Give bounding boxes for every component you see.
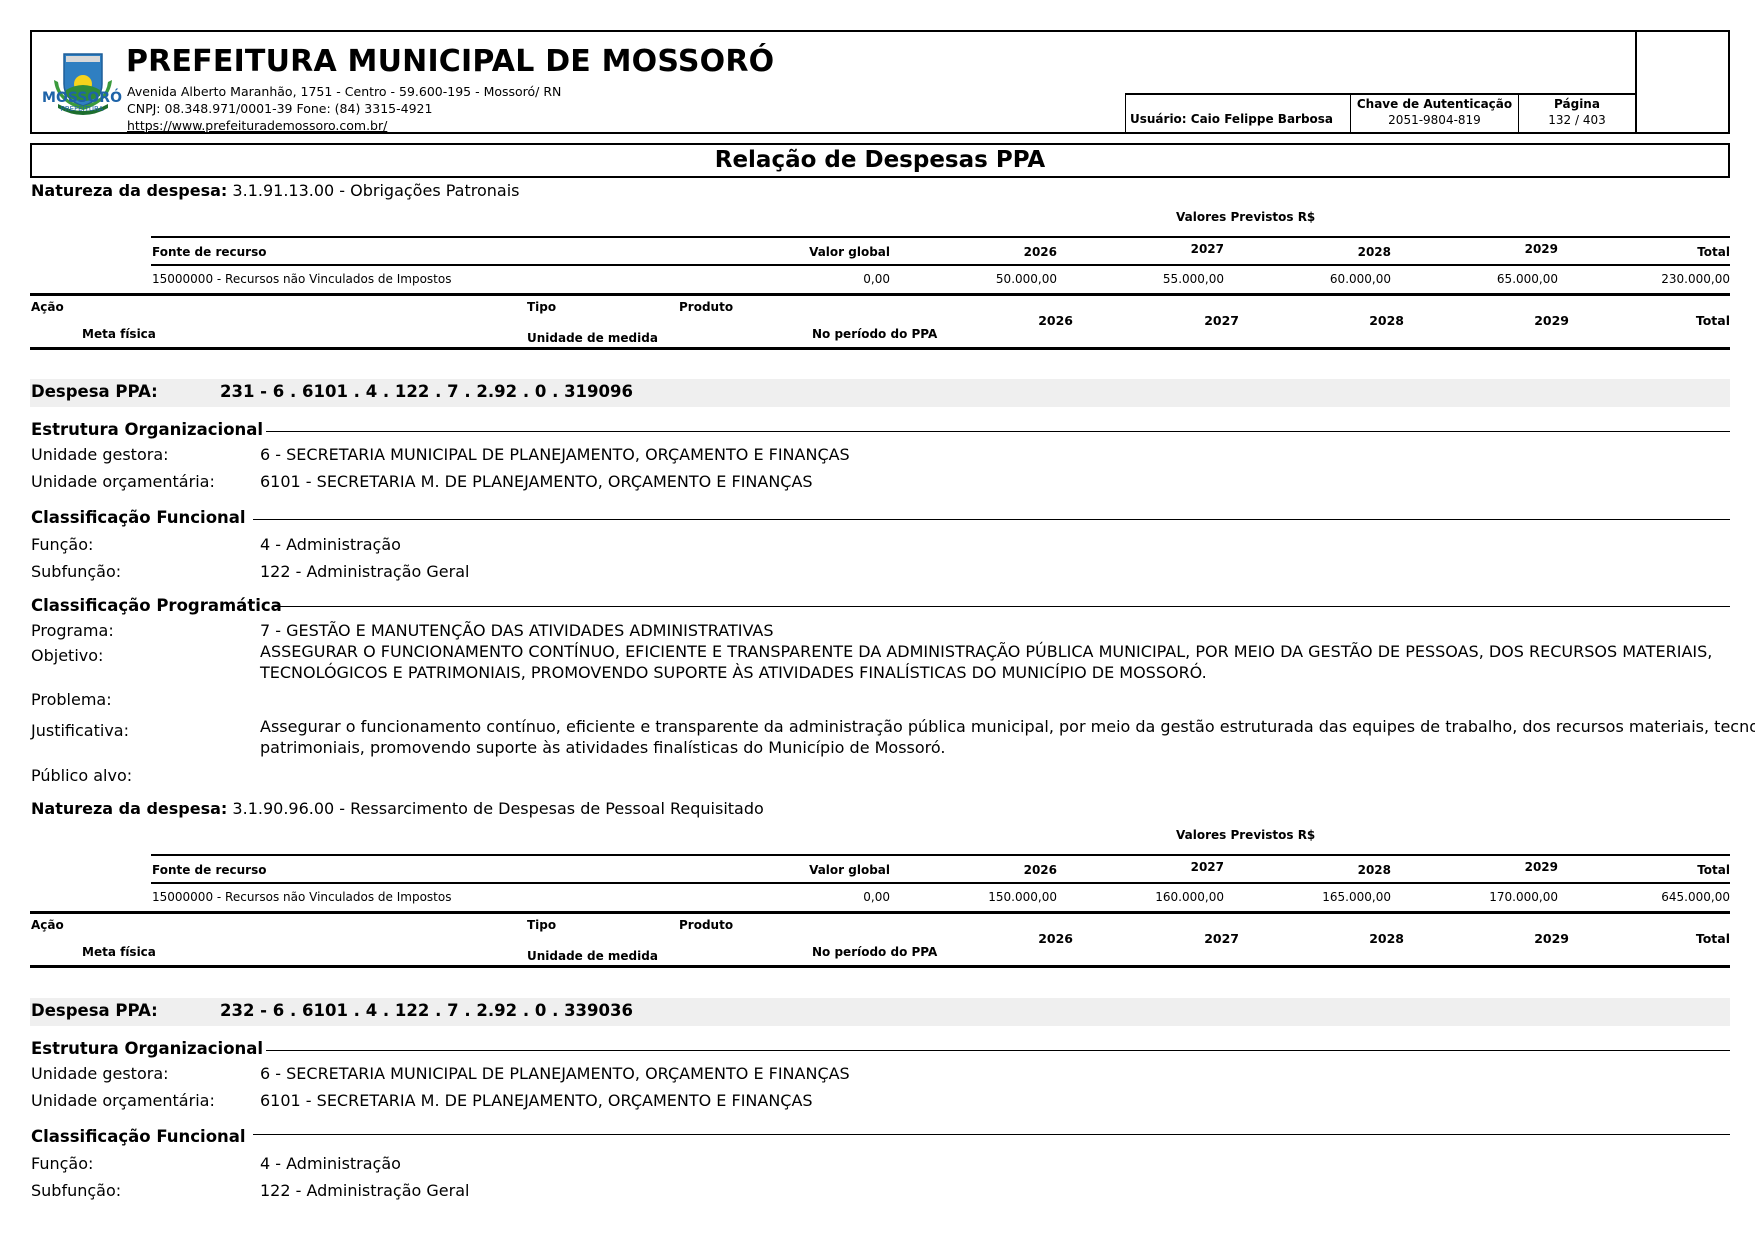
- fonte-recurso: 15000000 - Recursos não Vinculados de Im…: [152, 890, 451, 904]
- col-2026: 2026: [937, 245, 1057, 259]
- value-2026: 150.000,00: [937, 890, 1057, 904]
- unidade-gestora-value: 6 - SECRETARIA MUNICIPAL DE PLANEJAMENTO…: [260, 1064, 850, 1083]
- logo-subtext: PREFEITURA: [40, 105, 124, 113]
- unidade-medida-label: Unidade de medida: [527, 949, 658, 963]
- auth-key-label: Chave de Autenticação: [1351, 97, 1518, 111]
- value-2027: 55.000,00: [1104, 272, 1224, 286]
- despesa-label: Despesa PPA:: [31, 1001, 158, 1020]
- produto-label: Produto: [679, 300, 733, 314]
- page-label: Página: [1519, 97, 1635, 111]
- org-title: PREFEITURA MUNICIPAL DE MOSSORÓ: [126, 44, 774, 79]
- programa-label: Programa:: [31, 621, 114, 640]
- org-website-link[interactable]: https://www.prefeiturademossoro.com.br/: [127, 118, 387, 133]
- user-label: Usuário: Caio Felippe Barbosa: [1130, 112, 1350, 126]
- col-2027: 2027: [1104, 860, 1224, 874]
- valor-global: 0,00: [770, 272, 890, 286]
- funcao-value: 4 - Administração: [260, 1154, 401, 1173]
- col-total: Total: [1610, 245, 1730, 259]
- valor-global: 0,00: [770, 890, 890, 904]
- col-valor-global: Valor global: [770, 245, 890, 259]
- section-classificacao-funcional: Classificação Funcional: [31, 1127, 246, 1146]
- value-2029: 170.000,00: [1438, 890, 1558, 904]
- tipo-label: Tipo: [527, 300, 556, 314]
- acao-col-2028: 2028: [1324, 313, 1404, 328]
- acao-label: Ação: [31, 300, 64, 314]
- publico-alvo-label: Público alvo:: [31, 766, 132, 785]
- justificativa-value-line2: patrimoniais, promovendo suporte às ativ…: [260, 738, 946, 757]
- col-fonte-recurso: Fonte de recurso: [152, 863, 266, 877]
- auth-key-value: 2051-9804-819: [1351, 113, 1518, 127]
- col-total: Total: [1610, 863, 1730, 877]
- value-2026: 50.000,00: [937, 272, 1057, 286]
- natureza-value: 3.1.90.96.00 - Ressarcimento de Despesas…: [232, 799, 763, 818]
- value-2027: 160.000,00: [1104, 890, 1224, 904]
- despesa-label: Despesa PPA:: [31, 382, 158, 401]
- unidade-orcamentaria-label: Unidade orçamentária:: [31, 472, 215, 491]
- unidade-orcamentaria-value: 6101 - SECRETARIA M. DE PLANEJAMENTO, OR…: [260, 472, 813, 491]
- natureza-line: Natureza da despesa: 3.1.91.13.00 - Obri…: [31, 181, 519, 200]
- produto-label: Produto: [679, 918, 733, 932]
- natureza-line: Natureza da despesa: 3.1.90.96.00 - Ress…: [31, 799, 764, 818]
- report-title: Relação de Despesas PPA: [30, 143, 1730, 178]
- col-2028: 2028: [1271, 863, 1391, 877]
- programa-value: 7 - GESTÃO E MANUTENÇÃO DAS ATIVIDADES A…: [260, 621, 774, 640]
- subfuncao-value: 122 - Administração Geral: [260, 1181, 469, 1200]
- natureza-label: Natureza da despesa:: [31, 181, 227, 200]
- value-2028: 165.000,00: [1271, 890, 1391, 904]
- unidade-orcamentaria-label: Unidade orçamentária:: [31, 1091, 215, 1110]
- values-header: Valores Previstos R$: [1176, 210, 1315, 224]
- report-header: MOSSORÓ PREFEITURA PREFEITURA MUNICIPAL …: [30, 30, 1730, 134]
- page-number: 132 / 403: [1519, 113, 1635, 127]
- justificativa-label: Justificativa:: [31, 721, 129, 740]
- auth-key-cell: Chave de Autenticação 2051-9804-819: [1350, 93, 1518, 132]
- value-2028: 60.000,00: [1271, 272, 1391, 286]
- meta-fisica-label: Meta física: [82, 327, 156, 341]
- problema-label: Problema:: [31, 690, 112, 709]
- acao-label: Ação: [31, 918, 64, 932]
- fonte-recurso: 15000000 - Recursos não Vinculados de Im…: [152, 272, 451, 286]
- unidade-orcamentaria-value: 6101 - SECRETARIA M. DE PLANEJAMENTO, OR…: [260, 1091, 813, 1110]
- natureza-value: 3.1.91.13.00 - Obrigações Patronais: [232, 181, 519, 200]
- values-header: Valores Previstos R$: [1176, 828, 1315, 842]
- funcao-value: 4 - Administração: [260, 535, 401, 554]
- acao-col-2027: 2027: [1159, 313, 1239, 328]
- col-2027: 2027: [1104, 242, 1224, 256]
- objetivo-value-line1: ASSEGURAR O FUNCIONAMENTO CONTÍNUO, EFIC…: [260, 642, 1712, 661]
- acao-col-total: Total: [1650, 931, 1730, 946]
- acao-col-2028: 2028: [1324, 931, 1404, 946]
- section-estrutura-organizacional: Estrutura Organizacional: [31, 420, 263, 439]
- funcao-label: Função:: [31, 1154, 93, 1173]
- unidade-gestora-label: Unidade gestora:: [31, 1064, 169, 1083]
- despesa-code: 231 - 6 . 6101 . 4 . 122 . 7 . 2.92 . 0 …: [220, 382, 633, 401]
- col-valor-global: Valor global: [770, 863, 890, 877]
- user-cell: Usuário: Caio Felippe Barbosa: [1125, 93, 1350, 132]
- logo-text: MOSSORÓ: [40, 90, 124, 106]
- unidade-gestora-value: 6 - SECRETARIA MUNICIPAL DE PLANEJAMENTO…: [260, 445, 850, 464]
- objetivo-label: Objetivo:: [31, 646, 103, 665]
- acao-col-total: Total: [1650, 313, 1730, 328]
- objetivo-value-line2: TECNOLÓGICOS E PATRIMONIAIS, PROMOVENDO …: [260, 663, 1207, 682]
- meta-fisica-label: Meta física: [82, 945, 156, 959]
- subfuncao-label: Subfunção:: [31, 1181, 121, 1200]
- justificativa-value-line1: Assegurar o funcionamento contínuo, efic…: [260, 717, 1755, 736]
- acao-col-2026: 2026: [993, 313, 1073, 328]
- value-total: 230.000,00: [1610, 272, 1730, 286]
- mossoro-coat-of-arms-logo: [44, 50, 122, 128]
- col-2029: 2029: [1438, 242, 1558, 256]
- section-classificacao-funcional: Classificação Funcional: [31, 508, 246, 527]
- page-cell: Página 132 / 403: [1518, 93, 1635, 132]
- acao-col-2026: 2026: [993, 931, 1073, 946]
- col-2026: 2026: [937, 863, 1057, 877]
- col-fonte-recurso: Fonte de recurso: [152, 245, 266, 259]
- section-estrutura-organizacional: Estrutura Organizacional: [31, 1039, 263, 1058]
- section-classificacao-programatica: Classificação Programática: [31, 596, 282, 615]
- natureza-label: Natureza da despesa:: [31, 799, 227, 818]
- despesa-code: 232 - 6 . 6101 . 4 . 122 . 7 . 2.92 . 0 …: [220, 1001, 633, 1020]
- unidade-gestora-label: Unidade gestora:: [31, 445, 169, 464]
- subfuncao-label: Subfunção:: [31, 562, 121, 581]
- col-2029: 2029: [1438, 860, 1558, 874]
- org-contact: CNPJ: 08.348.971/0001-39 Fone: (84) 3315…: [127, 101, 432, 116]
- periodo-ppa-label: No período do PPA: [812, 945, 937, 959]
- acao-col-2029: 2029: [1489, 931, 1569, 946]
- subfuncao-value: 122 - Administração Geral: [260, 562, 469, 581]
- periodo-ppa-label: No período do PPA: [812, 327, 937, 341]
- acao-col-2029: 2029: [1489, 313, 1569, 328]
- unidade-medida-label: Unidade de medida: [527, 331, 658, 345]
- tipo-label: Tipo: [527, 918, 556, 932]
- funcao-label: Função:: [31, 535, 93, 554]
- value-total: 645.000,00: [1610, 890, 1730, 904]
- value-2029: 65.000,00: [1438, 272, 1558, 286]
- org-address: Avenida Alberto Maranhão, 1751 - Centro …: [127, 84, 561, 99]
- col-2028: 2028: [1271, 245, 1391, 259]
- acao-col-2027: 2027: [1159, 931, 1239, 946]
